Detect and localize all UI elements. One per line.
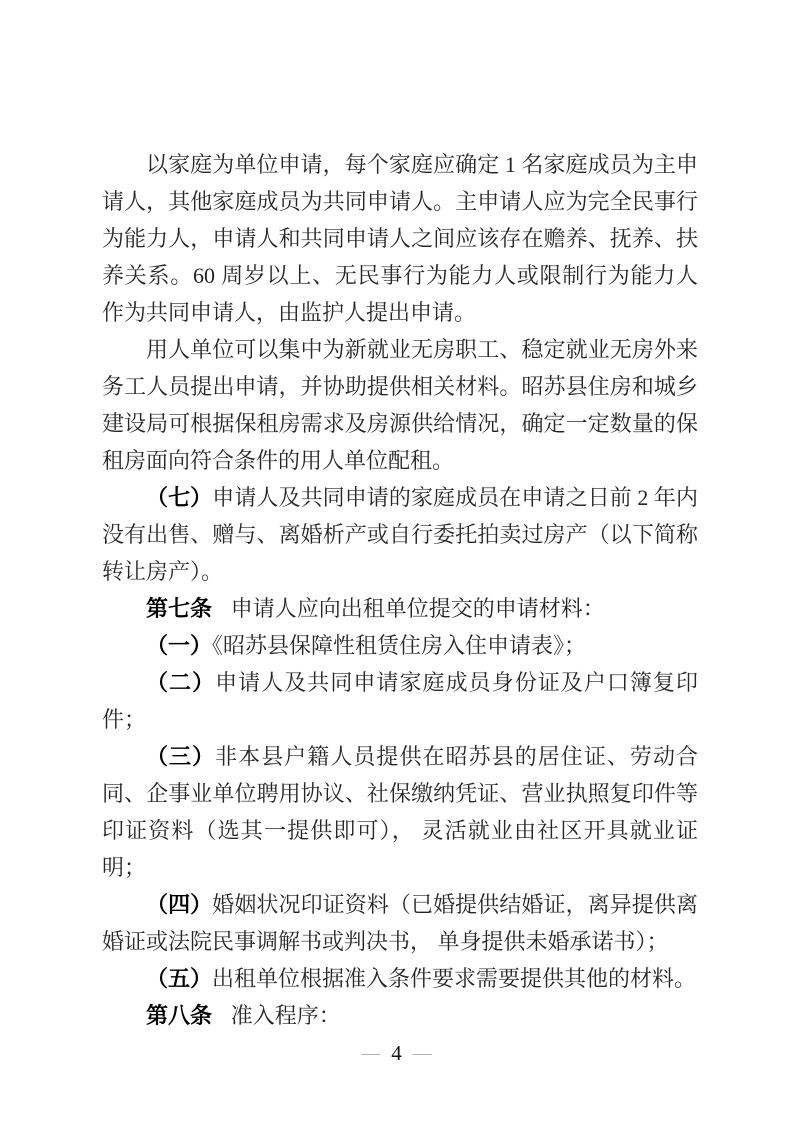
paragraph-text: 用人单位可以集中为新就业无房职工、稳定就业无房外来务工人员提出申请，并协助提供相… bbox=[102, 337, 698, 473]
document-page: 以家庭为单位申请，每个家庭应确定 1 名家庭成员为主申请人，其他家庭成员为共同申… bbox=[0, 0, 793, 1122]
item-3-residence-employment-proof: （三）非本县户籍人员提供在昭苏县的居住证、劳动合同、企事业单位聘用协议、社保缴纳… bbox=[102, 738, 698, 886]
document-body: 以家庭为单位申请，每个家庭应确定 1 名家庭成员为主申请人，其他家庭成员为共同申… bbox=[102, 146, 698, 1034]
item-marker: （五） bbox=[146, 966, 212, 991]
clause-7-no-property-transfer: （七）申请人及共同申请的家庭成员在申请之日前 2 年内没有出售、赠与、离婚析产或… bbox=[102, 479, 698, 590]
paragraph-family-unit-application: 以家庭为单位申请，每个家庭应确定 1 名家庭成员为主申请人，其他家庭成员为共同申… bbox=[102, 146, 698, 331]
item-marker: （三） bbox=[146, 744, 215, 769]
item-marker: （一） bbox=[146, 633, 212, 658]
clause-marker: （七） bbox=[146, 485, 212, 510]
footer-dash-left: — bbox=[361, 1043, 380, 1064]
paragraph-text: 以家庭为单位申请，每个家庭应确定 1 名家庭成员为主申请人，其他家庭成员为共同申… bbox=[102, 152, 698, 325]
paragraph-employer-application: 用人单位可以集中为新就业无房职工、稳定就业无房外来务工人员提出申请，并协助提供相… bbox=[102, 331, 698, 479]
item-5-other-materials: （五）出租单位根据准入条件要求需要提供其他的材料。 bbox=[102, 960, 698, 997]
paragraph-text: 《昭苏县保障性租赁住房入住申请表》； bbox=[212, 633, 586, 658]
item-2-id-and-household-copies: （二）申请人及共同申请家庭成员身份证及户口簿复印件； bbox=[102, 664, 698, 738]
paragraph-text: 出租单位根据准入条件要求需要提供其他的材料。 bbox=[212, 966, 696, 991]
item-1-application-form: （一）《昭苏县保障性租赁住房入住申请表》； bbox=[102, 627, 698, 664]
article-number: 第八条 bbox=[146, 1003, 212, 1028]
item-4-marital-status-proof: （四）婚姻状况印证资料（已婚提供结婚证，离异提供离婚证或法院民事调解书或判决书，… bbox=[102, 886, 698, 960]
article-8-heading: 第八条准入程序： bbox=[102, 997, 698, 1034]
paragraph-text: 准入程序： bbox=[231, 1003, 341, 1028]
footer-dash-right: — bbox=[413, 1043, 432, 1064]
article-number: 第七条 bbox=[146, 596, 212, 621]
item-marker: （二） bbox=[146, 670, 215, 695]
item-marker: （四） bbox=[146, 892, 212, 917]
page-number: 4 bbox=[391, 1041, 402, 1065]
paragraph-text: 申请人应向出租单位提交的申请材料： bbox=[231, 596, 605, 621]
page-footer: —4— bbox=[0, 1038, 793, 1070]
article-7-heading: 第七条申请人应向出租单位提交的申请材料： bbox=[102, 590, 698, 627]
